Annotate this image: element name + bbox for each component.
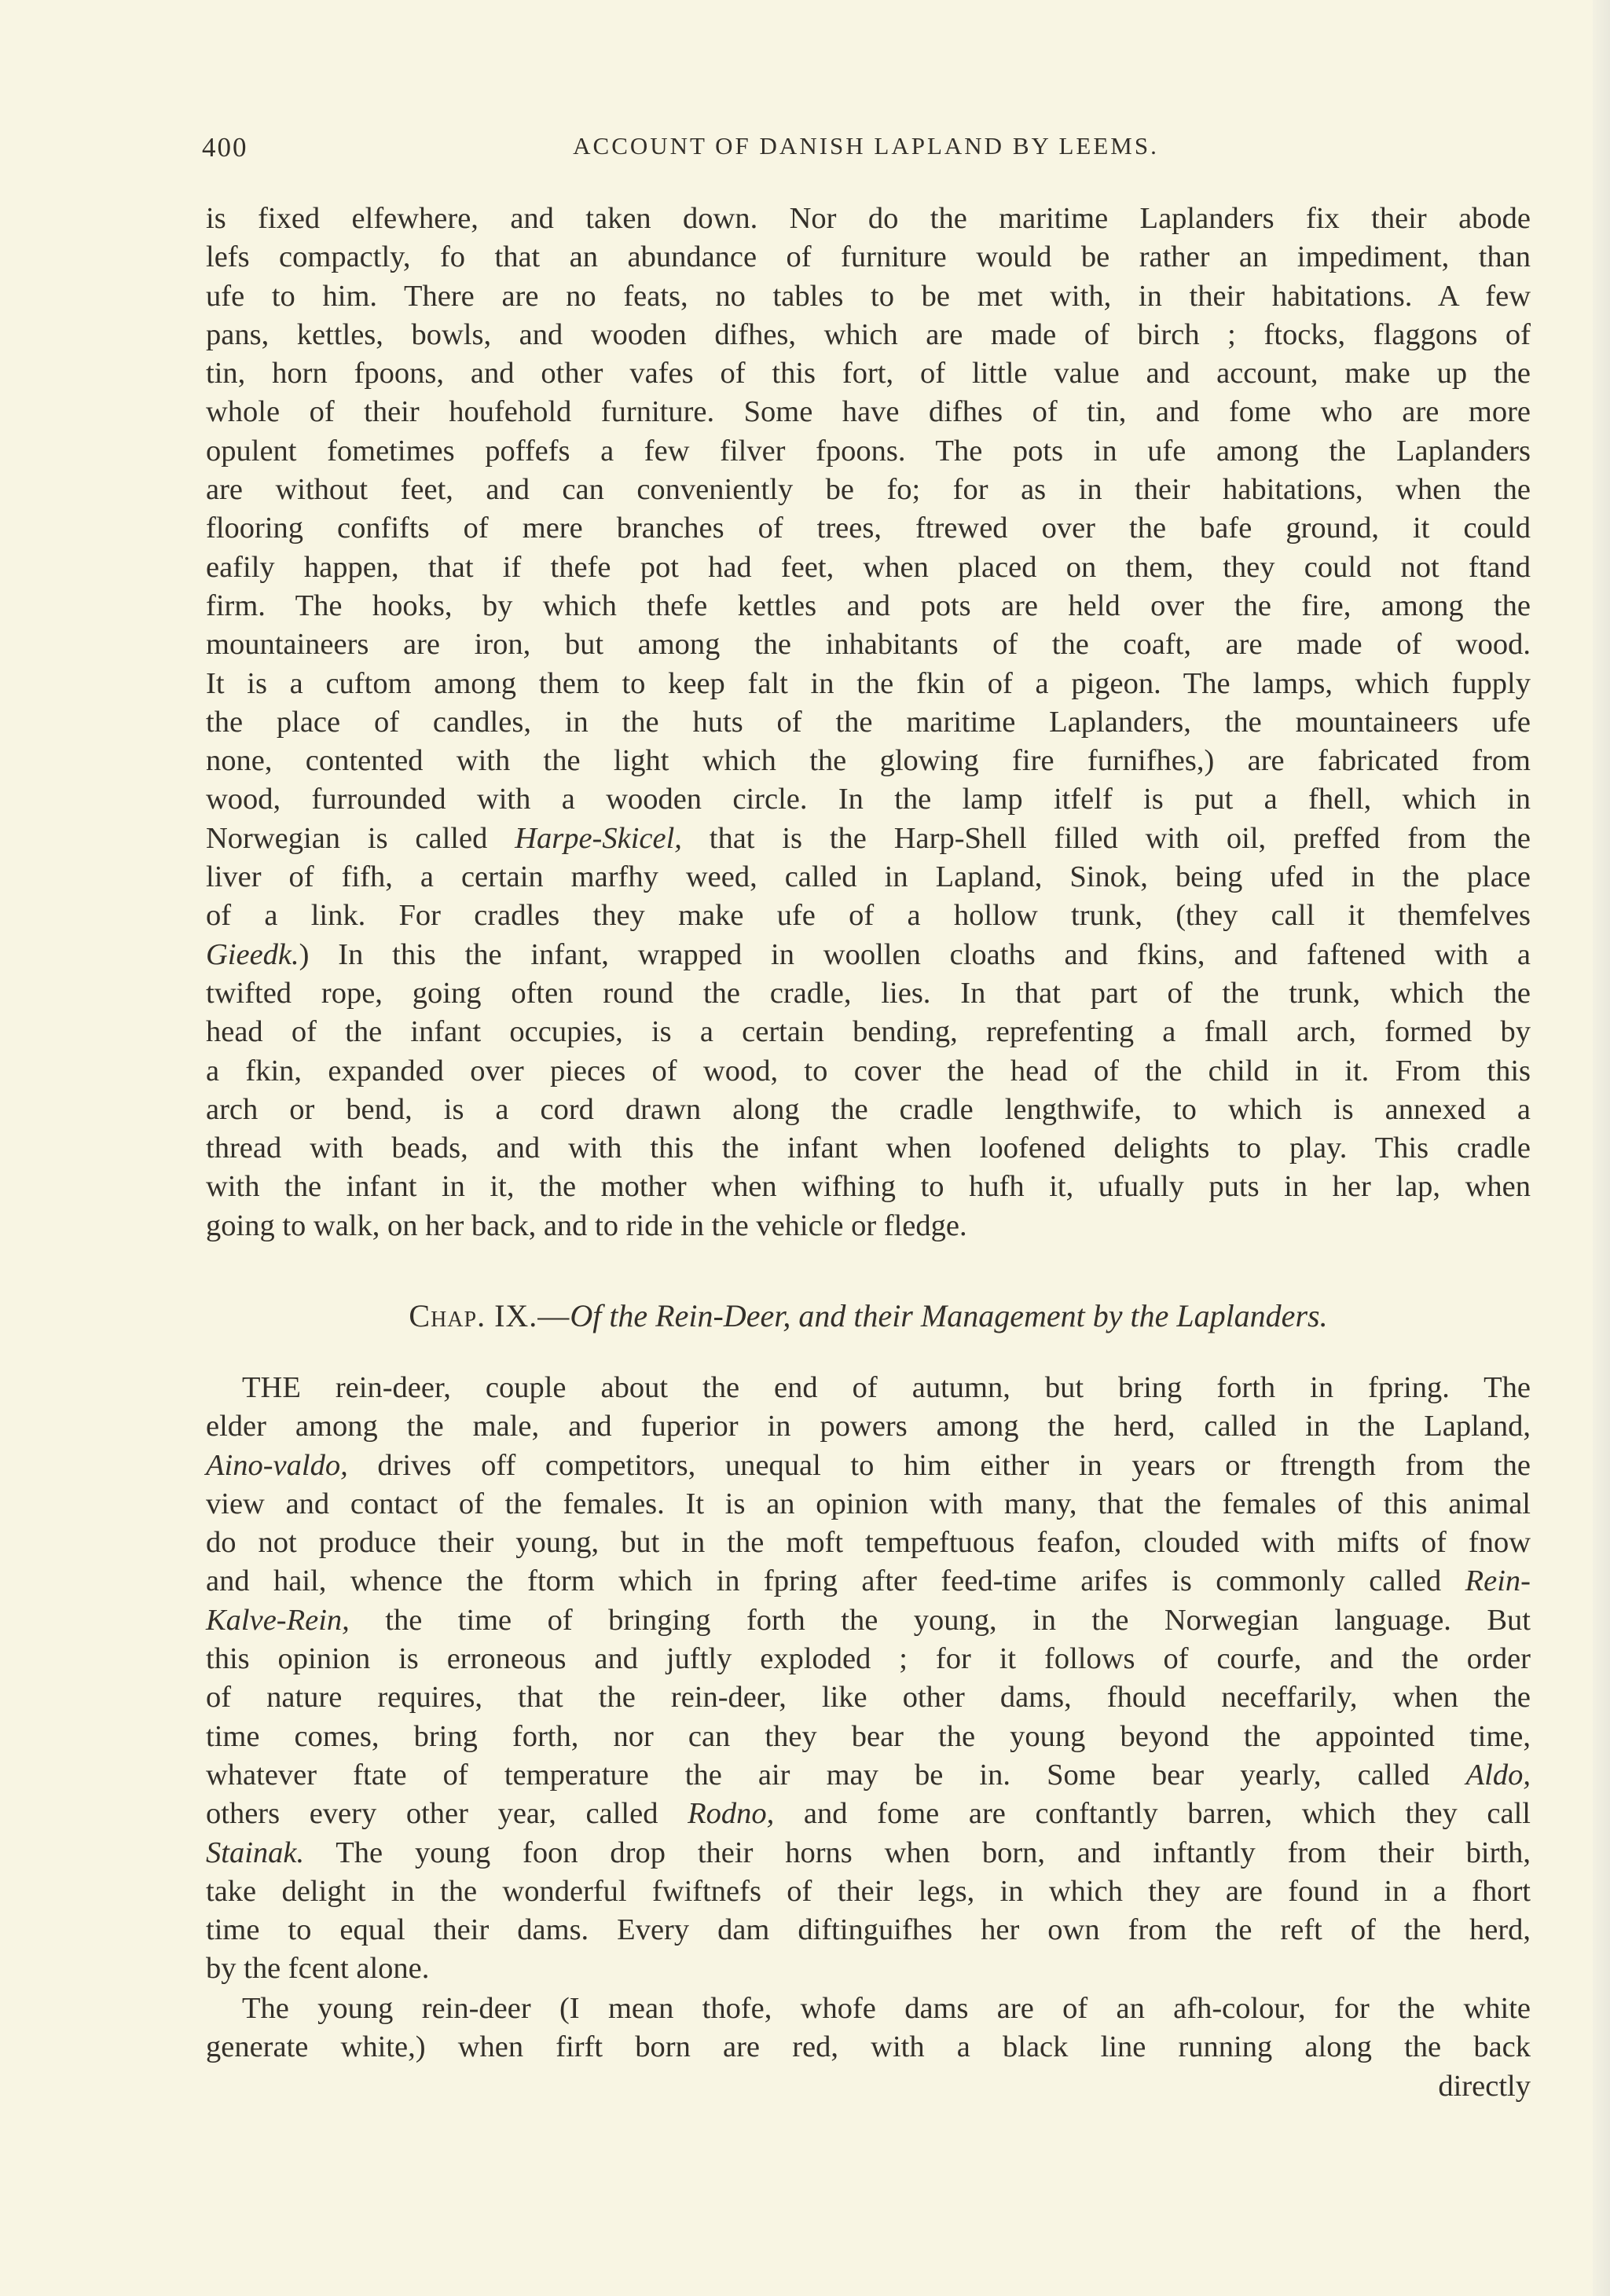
text-line: lefs compactly, fo that an abundance of … — [206, 238, 1531, 277]
italic-term: Stainak. — [206, 1836, 304, 1869]
text-line: of a link. For cradles they make ufe of … — [206, 897, 1531, 935]
chapter-heading: Chap. IX.—Of the Rein-Deer, and their Ma… — [206, 1297, 1531, 1336]
text-line: ufe to him. There are no feats, no table… — [206, 277, 1531, 316]
text-line: It is a cuftom among them to keep falt i… — [206, 665, 1531, 703]
text-line: whole of their houfehold furniture. Some… — [206, 393, 1531, 431]
paragraph-young-rein-deer: The young rein-deer (I mean thofe, whofe… — [206, 1990, 1531, 2106]
text-line: view and contact of the females. It is a… — [206, 1485, 1531, 1524]
text-line: a fkin, expanded over pieces of wood, to… — [206, 1052, 1531, 1091]
text-line: arch or bend, is a cord drawn along the … — [206, 1091, 1531, 1129]
paragraph-household-furniture: is fixed elfewhere, and taken down. Nor … — [206, 200, 1531, 1245]
text-line: going to walk, on her back, and to ride … — [206, 1207, 1531, 1245]
text-line: mountaineers are iron, but among the inh… — [206, 625, 1531, 664]
text-line: pans, kettles, bowls, and wooden difhes,… — [206, 316, 1531, 354]
italic-term: Rodno, — [688, 1797, 774, 1830]
text-line: thread with beads, and with this the inf… — [206, 1129, 1531, 1168]
paragraph-rein-deer-breeding: THE rein-deer, couple about the end of a… — [206, 1369, 1531, 1989]
text-line: Gieedk.) In this the infant, wrapped in … — [206, 936, 1531, 974]
running-head: 400 Account of Danish Lapland by Leems. — [202, 132, 1530, 171]
italic-term: Aldo, — [1466, 1759, 1531, 1792]
text-line: this opinion is erroneous and juftly exp… — [206, 1640, 1531, 1678]
running-head-title: Account of Danish Lapland by Leems. — [202, 132, 1530, 160]
italic-term: Harpe-Skicel, — [515, 822, 682, 855]
italic-term: Aino-valdo, — [206, 1449, 348, 1482]
text-line: THE rein-deer, couple about the end of a… — [206, 1369, 1531, 1407]
text-line: the place of candles, in the huts of the… — [206, 703, 1531, 742]
text-line: time to equal their dams. Every dam dift… — [206, 1911, 1531, 1949]
text-line: do not produce their young, but in the m… — [206, 1524, 1531, 1562]
text-line: by the fcent alone. — [206, 1949, 1531, 1988]
text-line: others every other year, called Rodno, a… — [206, 1795, 1531, 1833]
page-edge — [1593, 0, 1610, 2296]
text-line: and hail, whence the ftorm which in fpri… — [206, 1562, 1531, 1601]
italic-term: Rein- — [1465, 1564, 1531, 1597]
text-line: wood, furrounded with a wooden circle. I… — [206, 780, 1531, 819]
text-line: generate white,) when firft born are red… — [206, 2028, 1531, 2067]
text-line: twifted rope, going often round the crad… — [206, 974, 1531, 1013]
text-line: The young rein-deer (I mean thofe, whofe… — [206, 1990, 1531, 2028]
text-line: whatever ftate of temperature the air ma… — [206, 1756, 1531, 1795]
text-line: Aino-valdo, drives off competitors, uneq… — [206, 1447, 1531, 1485]
text-line: eafily happen, that if thefe pot had fee… — [206, 548, 1531, 587]
italic-term: Kalve-Rein, — [206, 1604, 350, 1637]
text-line: are without feet, and can conveniently b… — [206, 471, 1531, 509]
text-line: Norwegian is called Harpe-Skicel, that i… — [206, 820, 1531, 858]
text-line: flooring confifts of mere branches of tr… — [206, 509, 1531, 548]
text-line: take delight in the wonderful fwiftnefs … — [206, 1872, 1531, 1911]
text-line: liver of fifh, a certain marfhy weed, ca… — [206, 858, 1531, 897]
text-line: head of the infant occupies, is a certai… — [206, 1013, 1531, 1051]
text-line: firm. The hooks, by which thefe kettles … — [206, 587, 1531, 625]
text-line: is fixed elfewhere, and taken down. Nor … — [206, 200, 1531, 238]
text-line: with the infant in it, the mother when w… — [206, 1168, 1531, 1206]
text-line: Stainak. The young foon drop their horns… — [206, 1834, 1531, 1872]
italic-term: Gieedk. — [206, 938, 299, 971]
chapter-label: Chap. IX.— — [409, 1298, 570, 1333]
catchword: directly — [206, 2067, 1531, 2106]
text-line: none, contented with the light which the… — [206, 742, 1531, 780]
text-line: opulent fometimes poffefs a few filver f… — [206, 432, 1531, 471]
text-line: time comes, bring forth, nor can they be… — [206, 1718, 1531, 1756]
chapter-title: Of the Rein-Deer, and their Management b… — [570, 1298, 1327, 1333]
text-line: tin, horn fpoons, and other vafes of thi… — [206, 354, 1531, 393]
text-line: elder among the male, and fuperior in po… — [206, 1407, 1531, 1446]
text-line: Kalve-Rein, the time of bringing forth t… — [206, 1601, 1531, 1640]
text-line: of nature requires, that the rein-deer, … — [206, 1678, 1531, 1717]
